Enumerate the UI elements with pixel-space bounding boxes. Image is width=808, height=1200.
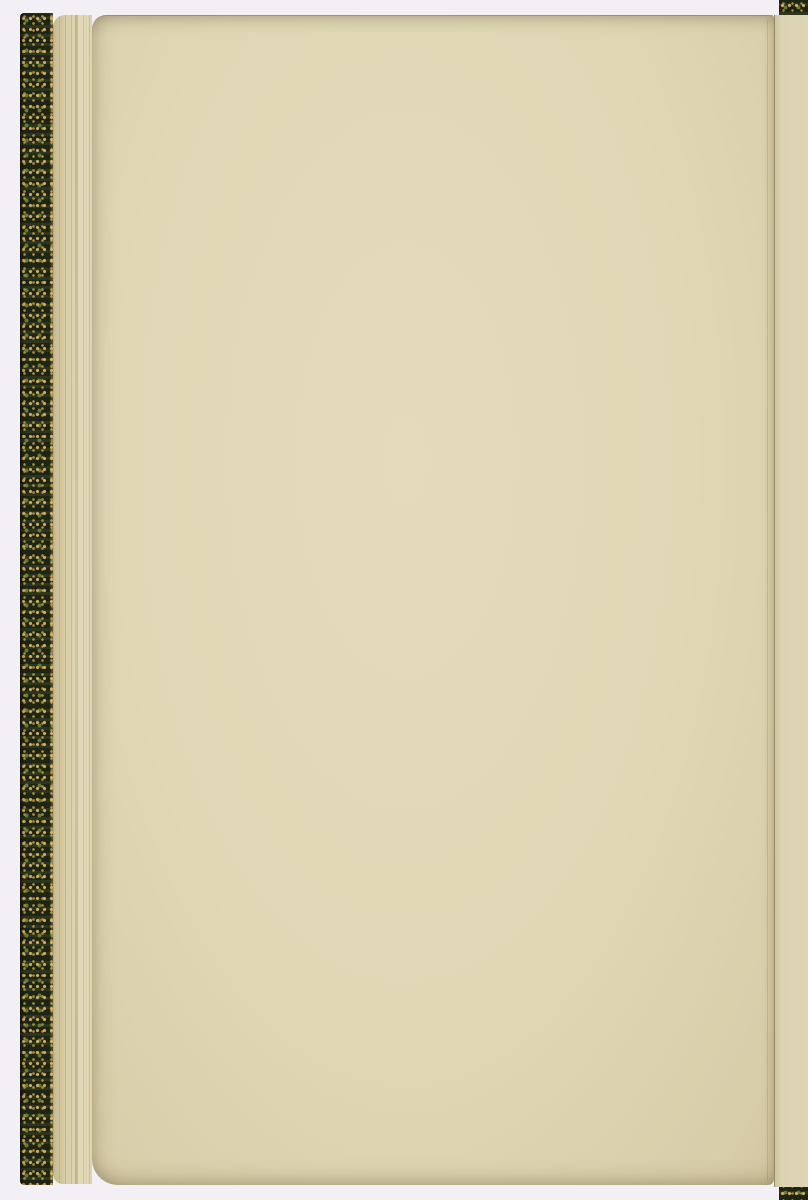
next-page-edge xyxy=(774,15,808,1187)
book-page xyxy=(92,15,774,1185)
page-right-crease xyxy=(767,20,768,1181)
fore-edge-crease xyxy=(75,15,77,1184)
fore-edge-leaves xyxy=(53,15,92,1184)
spine-gilt-binding xyxy=(20,13,53,1185)
